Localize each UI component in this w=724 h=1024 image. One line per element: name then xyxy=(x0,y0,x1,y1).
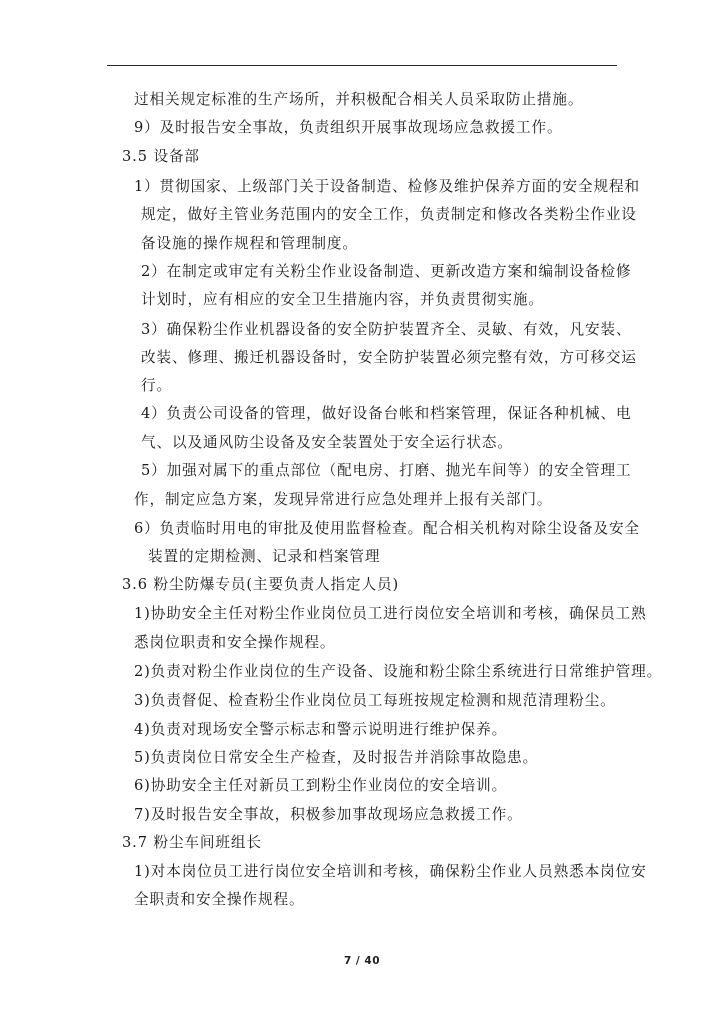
list-item-line: 1）贯彻国家、上级部门关于设备制造、检修及维护保养方面的安全规程和 xyxy=(134,173,640,201)
section-heading-3-7: 3.7 粉尘车间班组长 xyxy=(122,829,262,857)
paragraph-line: 全职责和安全操作规程。 xyxy=(134,886,304,914)
paragraph-line: 规定，做好主管业务范围内的安全工作，负责制定和修改各类粉尘作业设 xyxy=(141,201,637,229)
paragraph-line: 气、以及通风防尘设备及安全装置处于安全运行状态。 xyxy=(141,429,513,457)
list-item-line: 4）负责公司设备的管理，做好设备台帐和档案管理，保证各种机械、电 xyxy=(141,400,632,428)
section-heading-3-6: 3.6 粉尘防爆专员(主要负责人指定人员) xyxy=(122,571,399,599)
list-item-line: 7)及时报告安全事故，积极参加事故现场应急救援工作。 xyxy=(134,801,523,829)
list-item-line: 3)负责督促、检查粉尘作业岗位员工每班按规定检测和规范清理粉尘。 xyxy=(134,687,616,715)
list-item-line: 2）在制定或审定有关粉尘作业设备制造、更新改造方案和编制设备检修 xyxy=(141,258,632,286)
document-page: 过相关规定标准的生产场所，并积极配合相关人员采取防止措施。 9）及时报告安全事故… xyxy=(0,0,724,1024)
paragraph-line: 装置的定期检测、记录和档案管理 xyxy=(148,543,380,571)
list-item-line: 5)负责岗位日常安全生产检查，及时报告并消除事故隐患。 xyxy=(134,744,538,772)
list-item-line: 4)负责对现场安全警示标志和警示说明进行维护保养。 xyxy=(134,716,507,744)
paragraph-line: 悉岗位职责和安全操作规程。 xyxy=(134,629,335,657)
list-item-line: 9）及时报告安全事故，负责组织开展事故现场应急救援工作。 xyxy=(134,114,563,142)
section-heading-3-5: 3.5 设备部 xyxy=(122,143,200,171)
paragraph-line: 行。 xyxy=(141,372,172,400)
paragraph-line: 备设施的操作规程和管理制度。 xyxy=(141,230,358,258)
list-item-line: 3）确保粉尘作业机器设备的安全防护装置齐全、灵敏、有效，凡安装、 xyxy=(141,316,632,344)
paragraph-line: 作，制定应急方案，发现异常进行应急处理并上报有关部门。 xyxy=(134,486,552,514)
paragraph-line: 改装、修理、搬迁机器设备时，安全防护装置必须完整有效，方可移交运 xyxy=(141,344,637,372)
list-item-line: 6)协助安全主任对新员工到粉尘作业岗位的安全培训。 xyxy=(134,772,507,800)
list-item-line: 5）加强对属下的重点部位（配电房、打磨、抛光车间等）的安全管理工 xyxy=(141,457,632,485)
list-item-line: 6）负责临时用电的审批及使用监督检查。配合相关机构对除尘设备及安全 xyxy=(134,515,640,543)
list-item-line: 2)负责对粉尘作业岗位的生产设备、设施和粉尘除尘系统进行日常维护管理。 xyxy=(134,658,662,686)
paragraph-line: 计划时，应有相应的安全卫生措施内容，并负责贯彻实施。 xyxy=(141,286,544,314)
paragraph-line: 过相关规定标准的生产场所，并积极配合相关人员采取防止措施。 xyxy=(134,86,583,114)
page-number: 7 / 40 xyxy=(0,955,724,967)
header-rule xyxy=(107,65,617,66)
list-item-line: 1)对本岗位员工进行岗位安全培训和考核，确保粉尘作业人员熟悉本岗位安 xyxy=(134,858,647,886)
list-item-line: 1)协助安全主任对粉尘作业岗位员工进行岗位安全培训和考核，确保员工熟 xyxy=(134,600,647,628)
